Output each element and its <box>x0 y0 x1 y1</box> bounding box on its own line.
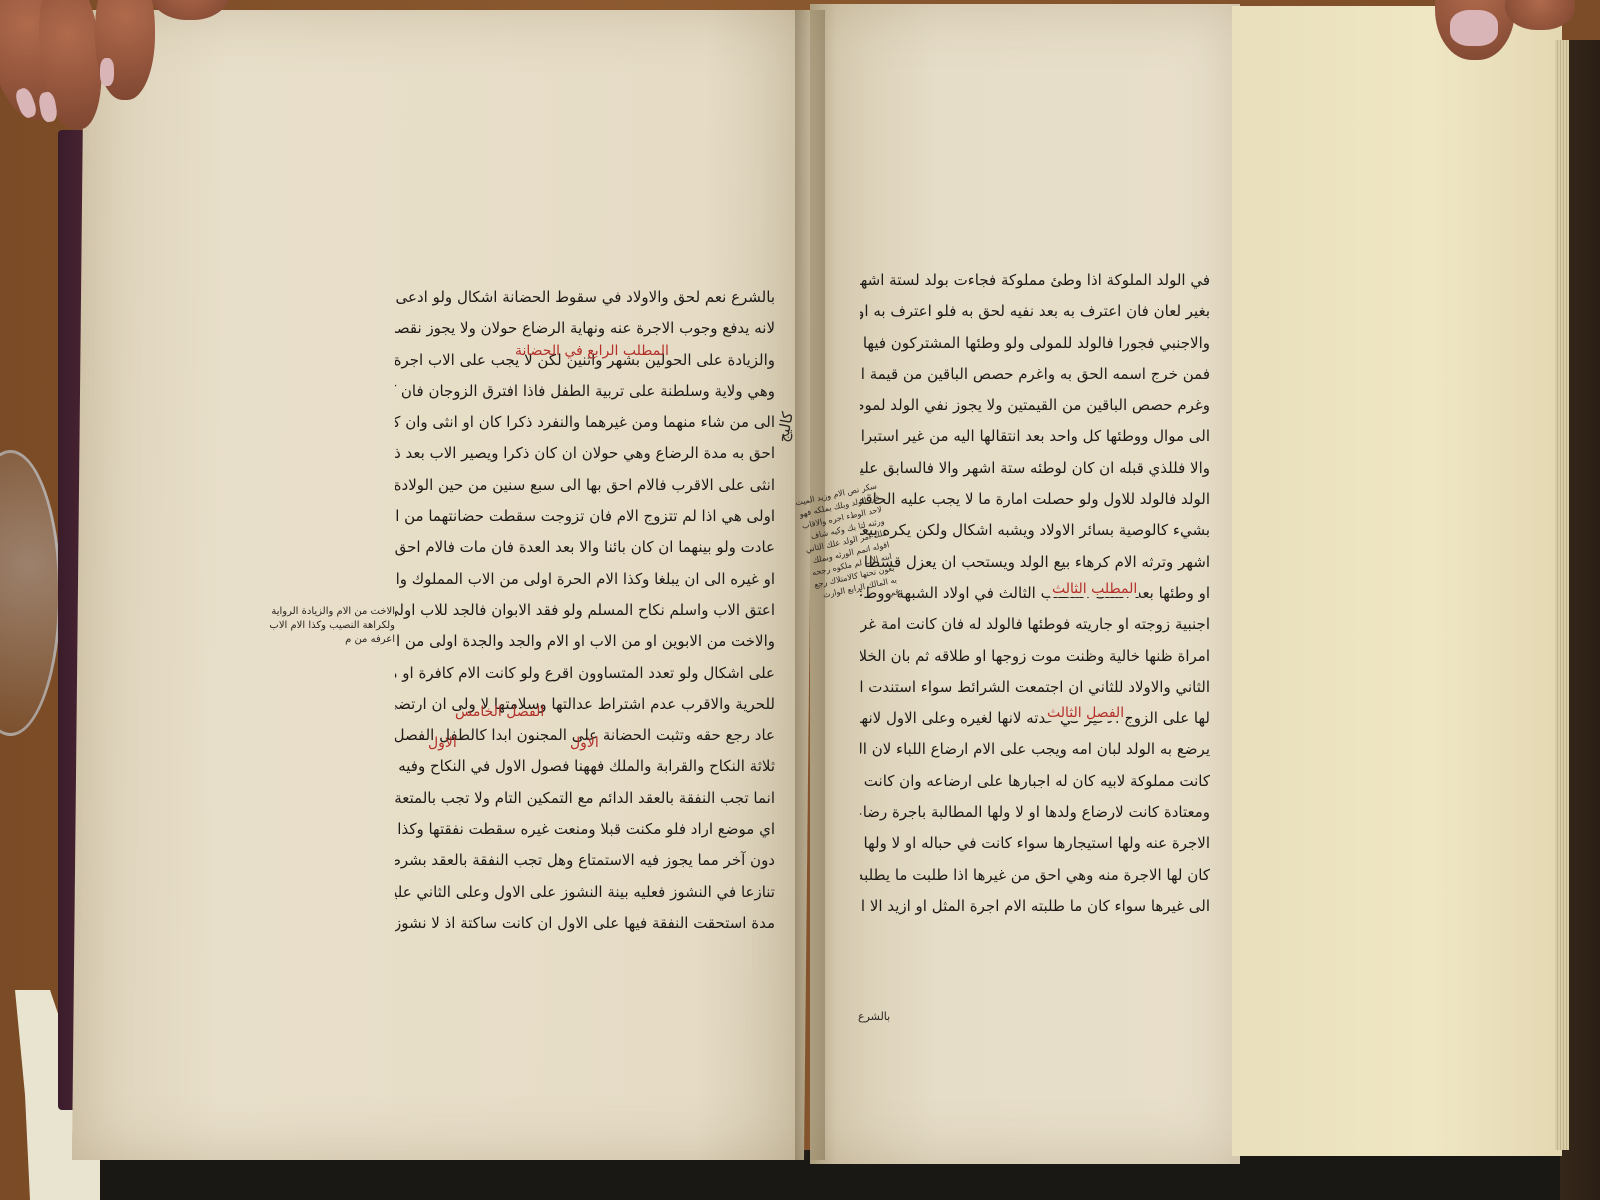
fingernail <box>1450 10 1498 46</box>
text-line: اولى هي اذا لم تتزوج الام فان تزوجت سقطت… <box>395 501 775 532</box>
rubric-heading: الاول <box>570 735 599 751</box>
text-line: الى غيرها سواء كان ما طلبته الام اجرة ال… <box>860 891 1210 922</box>
text-line: والا فللذي قبله ان كان لوطئه ستة اشهر وا… <box>860 453 1210 484</box>
text-line: دون آخر مما يجوز فيه الاستمتاع وهل تجب ا… <box>395 845 775 876</box>
page-edges <box>1555 40 1569 1150</box>
text-line: بالشرع نعم لحق والاولاد في سقوط الحضانة … <box>395 282 775 313</box>
fingernail <box>100 58 114 86</box>
text-line: فمن خرج اسمه الحق به واغرم حصص الباقين م… <box>860 359 1210 390</box>
text-line: لها على الزوج الاخير في عدته لانها لغيره… <box>860 703 1210 734</box>
text-line: انما تجب النفقة بالعقد الدائم مع التمكين… <box>395 783 775 814</box>
text-line: مدة استحقت النفقة فيها على الاول ان كانت… <box>395 908 775 939</box>
text-line: بشيء كالوصية بسائر الاولاد ويشبه اشكال و… <box>860 515 1210 546</box>
left-page-text: بالشرع نعم لحق والاولاد في سقوط الحضانة … <box>395 282 775 939</box>
right-page-text: في الولد الملوكة اذا وطئ مملوكة فجاءت بو… <box>860 265 1210 922</box>
text-line: الى من شاء منهما ومن غيرهما والنفرد ذكرا… <box>395 407 775 438</box>
rubric-heading: الفصل الخامس <box>455 704 544 720</box>
text-line: الاجرة عنه ولها استيجارها سواء كانت في ح… <box>860 828 1210 859</box>
text-line: والاجنبي فجورا فالولد للمولى ولو وطئها ا… <box>860 328 1210 359</box>
text-line: وغرم حصص الباقين من القيمتين ولا يجوز نف… <box>860 390 1210 421</box>
text-line: امراة ظنها خالية وظنت موت زوجها او طلاقه… <box>860 641 1210 672</box>
text-line: على اشكال ولو تعدد المتساوون اقرع ولو كا… <box>395 658 775 689</box>
text-line: عادت ولو بينهما ان كان بائنا والا بعد ال… <box>395 532 775 563</box>
rubric-heading: الاول <box>428 735 457 751</box>
text-line: الى موال ووطئها كل واحد بعد انتقالها الي… <box>860 421 1210 452</box>
text-line: يرضع به الولد لبان امه ويجب على الام ارض… <box>860 734 1210 765</box>
text-line: كانت مملوكة لابيه كان له اجبارها على ارض… <box>860 766 1210 797</box>
gutter-note: كاليج <box>776 411 795 443</box>
text-line: اعتق الاب واسلم نكاح المسلم ولو فقد الاب… <box>395 595 775 626</box>
text-line: اي موضع اراد فلو مكنت قبلا ومنعت غيره سق… <box>395 814 775 845</box>
text-line: اجنبية زوجته او جاريته فوطئها فالولد له … <box>860 609 1210 640</box>
text-line: انثى على الاقرب فالام احق بها الى سبع سن… <box>395 470 775 501</box>
text-line: للحرية والاقرب عدم اشتراط عدالتها وسلامت… <box>395 689 775 720</box>
text-line: ومعتادة كانت لارضاع ولدها او لا ولها الم… <box>860 797 1210 828</box>
text-line: وهي ولاية وسلطنة على تربية الطفل فاذا اف… <box>395 376 775 407</box>
left-margin-note: الاخت من الام والزيادة الرواية ولكراهة ا… <box>265 605 395 647</box>
text-line: او وطئها بعد الملك المطلب الثالث في اولا… <box>860 578 1210 609</box>
text-line: تنازعا في النشوز فعليه بينة النشوز على ا… <box>395 877 775 908</box>
text-line: كان لها الاجرة منه وهي احق من غيرها اذا … <box>860 860 1210 891</box>
rubric-heading: المطلب الثالث <box>1050 581 1139 597</box>
text-line: والاخت من الابوين او من الاب او الام وال… <box>395 626 775 657</box>
text-line: اشهر وترثه الام كرهاء بيع الولد ويستحب ا… <box>860 547 1210 578</box>
rubric-heading: المطلب الرابع في الحضانة <box>515 343 669 359</box>
catchword: بالشرع <box>858 1010 890 1023</box>
text-line: الثاني والاولاد للثاني ان اجتمعت الشرائط… <box>860 672 1210 703</box>
text-line: ثلاثة النكاح والقرابة والملك فههنا فصول … <box>395 751 775 782</box>
text-line: احق به مدة الرضاع وهي حولان ان كان ذكرا … <box>395 438 775 469</box>
rubric-heading: الفصل الثالث <box>1045 705 1126 721</box>
text-line: او غيره الى ان يبلغا وكذا الام الحرة اول… <box>395 564 775 595</box>
text-line: بغير لعان فان اعترف به بعد نفيه لحق به ف… <box>860 296 1210 327</box>
right-page-outer-margin <box>1232 6 1562 1156</box>
text-line: الولد فالولد للاول ولو حصلت امارة ما لا … <box>860 484 1210 515</box>
text-line: في الولد الملوكة اذا وطئ مملوكة فجاءت بو… <box>860 265 1210 296</box>
text-line: لانه يدفع وجوب الاجرة عنه ونهاية الرضاع … <box>395 313 775 344</box>
